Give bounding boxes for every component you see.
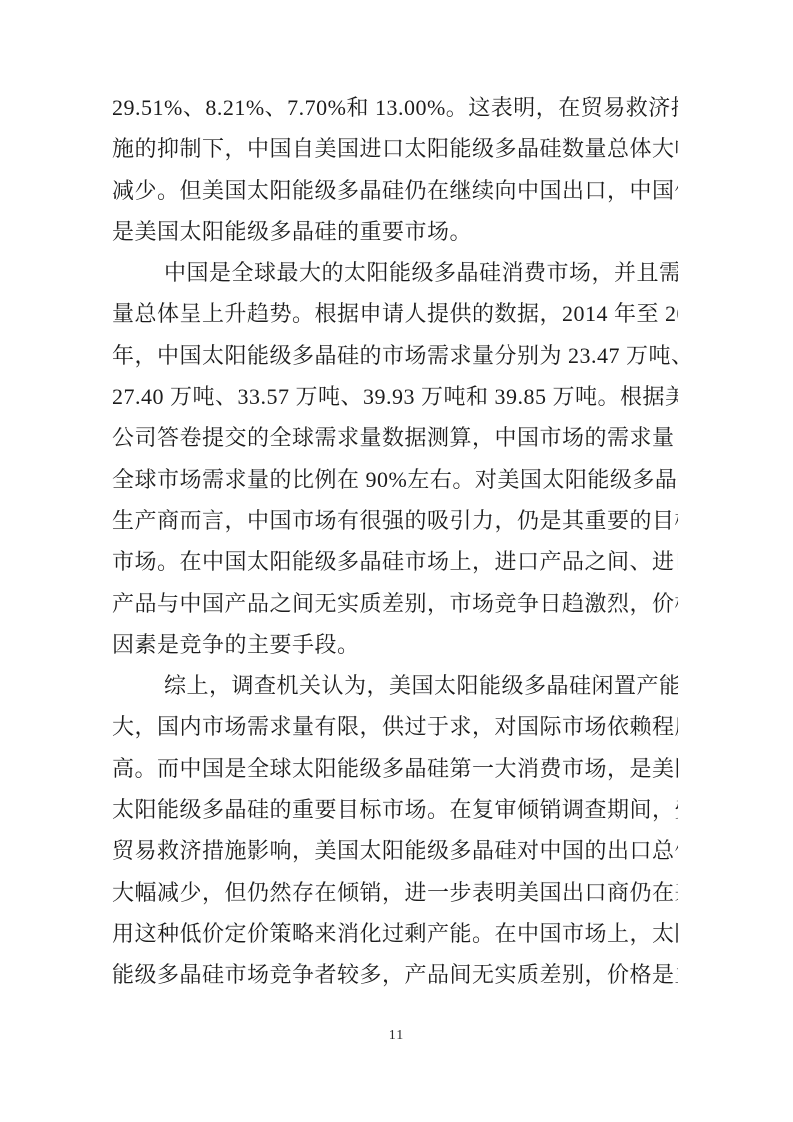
paragraph: 中国是全球最大的太阳能级多晶硅消费市场，并且需求 量总体呈上升趋势。根据申请人提… bbox=[112, 252, 678, 665]
paragraph: 综上，调查机关认为，美国太阳能级多晶硅闲置产能较 大，国内市场需求量有限，供过于… bbox=[112, 665, 678, 995]
page-number: 11 bbox=[389, 1028, 404, 1043]
body-text: 29.51%、8.21%、7.70%和 13.00%。这表明，在贸易救济措 施的… bbox=[112, 87, 678, 996]
text-line: 施的抑制下，中国自美国进口太阳能级多晶硅数量总体大幅 bbox=[112, 128, 678, 169]
text-line: 量总体呈上升趋势。根据申请人提供的数据，2014 年至 2018 bbox=[112, 293, 678, 334]
text-line: 年，中国太阳能级多晶硅的市场需求量分别为 23.47 万吨、 bbox=[112, 335, 678, 376]
text-line: 生产商而言，中国市场有很强的吸引力，仍是其重要的目标 bbox=[112, 500, 678, 541]
text-line: 29.51%、8.21%、7.70%和 13.00%。这表明，在贸易救济措 bbox=[112, 87, 678, 128]
text-line: 太阳能级多晶硅的重要目标市场。在复审倾销调查期间，受 bbox=[112, 789, 678, 830]
paragraph: 29.51%、8.21%、7.70%和 13.00%。这表明，在贸易救济措 施的… bbox=[112, 87, 678, 252]
text-line: 27.40 万吨、33.57 万吨、39.93 万吨和 39.85 万吨。根据美… bbox=[112, 376, 678, 417]
text-line: 贸易救济措施影响，美国太阳能级多晶硅对中国的出口总体 bbox=[112, 830, 678, 871]
text-line: 市场。在中国太阳能级多晶硅市场上，进口产品之间、进口 bbox=[112, 541, 678, 582]
text-line: 减少。但美国太阳能级多晶硅仍在继续向中国出口，中国仍 bbox=[112, 170, 678, 211]
text-line: 中国是全球最大的太阳能级多晶硅消费市场，并且需求 bbox=[112, 252, 678, 293]
document-page: 29.51%、8.21%、7.70%和 13.00%。这表明，在贸易救济措 施的… bbox=[0, 0, 793, 1122]
text-line: 全球市场需求量的比例在 90%左右。对美国太阳能级多晶硅 bbox=[112, 459, 678, 500]
text-line: 因素是竞争的主要手段。 bbox=[112, 624, 678, 665]
text-line: 大幅减少，但仍然存在倾销，进一步表明美国出口商仍在采 bbox=[112, 872, 678, 913]
text-line: 用这种低价定价策略来消化过剩产能。在中国市场上，太阳 bbox=[112, 913, 678, 954]
text-line: 产品与中国产品之间无实质差别，市场竞争日趋激烈，价格 bbox=[112, 583, 678, 624]
text-line: 大，国内市场需求量有限，供过于求，对国际市场依赖程度 bbox=[112, 706, 678, 747]
text-line: 高。而中国是全球太阳能级多晶硅第一大消费市场，是美国 bbox=[112, 748, 678, 789]
text-line: 综上，调查机关认为，美国太阳能级多晶硅闲置产能较 bbox=[112, 665, 678, 706]
text-line: 能级多晶硅市场竞争者较多，产品间无实质差别，价格是主 bbox=[112, 954, 678, 995]
text-line: 是美国太阳能级多晶硅的重要市场。 bbox=[112, 211, 678, 252]
page-footer: 11 bbox=[0, 1026, 793, 1044]
text-line: 公司答卷提交的全球需求量数据测算，中国市场的需求量占 bbox=[112, 417, 678, 458]
